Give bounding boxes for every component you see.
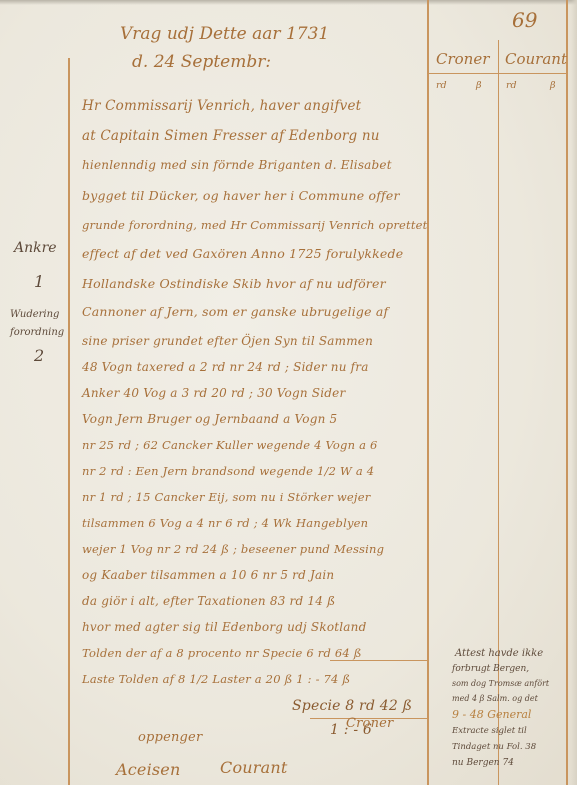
right-margin-note-line: 9 - 48 General: [452, 708, 531, 721]
body-line: Cannoner af Jern, som er ganske ubrugeli…: [82, 304, 388, 319]
heading-line-2: d. 24 Septembr:: [132, 52, 271, 72]
folio-number: 69: [512, 8, 537, 32]
kroner-unit: rd: [436, 80, 447, 91]
body-line: at Capitain Simen Fresser af Edenborg nu: [82, 128, 380, 144]
body-line: og Kaaber tilsammen a 10 6 nr 5 rd Jain: [82, 568, 334, 582]
sum-rule-upper: [330, 660, 428, 661]
page-right-edge: [571, 0, 577, 785]
body-line: Laste Tolden af 8 1/2 Laster a 20 ß 1 : …: [82, 672, 350, 686]
right-margin-note-line: Attest havde ikke: [455, 648, 543, 659]
body-line: sine priser grundet efter Öjen Syn til S…: [82, 334, 373, 348]
body-line: Hollandske Ostindiske Skib hvor af nu ud…: [82, 276, 386, 291]
right-margin-note-line: nu Bergen 74: [452, 758, 514, 768]
body-line: tilsammen 6 Vog a 4 nr 6 rd ; 4 Wk Hange…: [82, 516, 368, 530]
margin-note-ankre-count: 1: [34, 272, 44, 291]
body-line: wejer 1 Vog nr 2 rd 24 ß ; beseener pund…: [82, 542, 384, 556]
kroner-value: β: [476, 80, 482, 91]
courant-value: β: [550, 80, 556, 91]
oppenger-label: oppenger: [138, 730, 202, 745]
body-line: bygget til Dücker, og haver her i Commun…: [82, 188, 400, 203]
accisen-label: Aceisen: [116, 760, 181, 779]
left-margin-rule: [68, 58, 70, 785]
body-line: hvor med agter sig til Edenborg udj Skot…: [82, 620, 366, 634]
column-rule-right: [566, 0, 568, 785]
body-line: grunde forordning, med Hr Commissarij Ve…: [82, 218, 428, 232]
body-line: nr 1 rd ; 15 Cancker Eij, som nu i Störk…: [82, 490, 370, 504]
body-line: Tolden der af a 8 procento nr Specie 6 r…: [82, 646, 362, 660]
kroner-column-header: Croner: [436, 50, 489, 68]
body-line: Anker 40 Vog a 3 rd 20 rd ; 30 Vogn Side…: [82, 386, 345, 400]
right-margin-note-line: forbrugt Bergen,: [452, 664, 529, 674]
right-margin-note-line: med 4 β Salm. og det: [452, 694, 538, 703]
right-margin-note-line: Tindaget nu Fol. 38: [452, 742, 536, 752]
kroner-footer-label: Croner: [346, 716, 393, 731]
body-line: 48 Vogn taxered a 2 rd nr 24 rd ; Sider …: [82, 360, 369, 374]
specie-total: Specie 8 rd 42 ß: [292, 698, 412, 714]
manuscript-page: 69 Vrag udj Dette aar 1731 d. 24 Septemb…: [0, 0, 577, 785]
margin-note-wintring: Wudering forordning: [10, 306, 68, 342]
right-margin-note-line: som dog Tromsæ anfört: [452, 679, 549, 688]
right-margin-note-line: Extracte siglet til: [452, 726, 527, 736]
body-line: Vogn Jern Bruger og Jernbaand a Vogn 5: [82, 412, 337, 426]
margin-note-ankre: Ankre: [14, 240, 57, 256]
column-rule-kroner: [427, 0, 429, 785]
body-line: nr 25 rd ; 62 Cancker Kuller wegende 4 V…: [82, 438, 378, 452]
body-line: effect af det ved Gaxören Anno 1725 foru…: [82, 246, 403, 261]
courant-unit: rd: [506, 80, 517, 91]
body-line: Hr Commissarij Venrich, haver angifvet: [82, 98, 361, 114]
body-line: da giör i alt, efter Taxationen 83 rd 14…: [82, 594, 335, 608]
body-line: hienlenndig med sin förnde Briganten d. …: [82, 158, 392, 172]
page-top-shadow: [0, 0, 577, 5]
heading-line-1: Vrag udj Dette aar 1731: [120, 24, 329, 44]
body-line: nr 2 rd : Een Jern brandsond wegende 1/2…: [82, 464, 374, 478]
courant-column-header: Courant: [505, 50, 567, 68]
courant-footer-label: Courant: [220, 758, 288, 777]
header-rule: [427, 73, 567, 74]
margin-note-wintring-count: 2: [34, 346, 44, 365]
